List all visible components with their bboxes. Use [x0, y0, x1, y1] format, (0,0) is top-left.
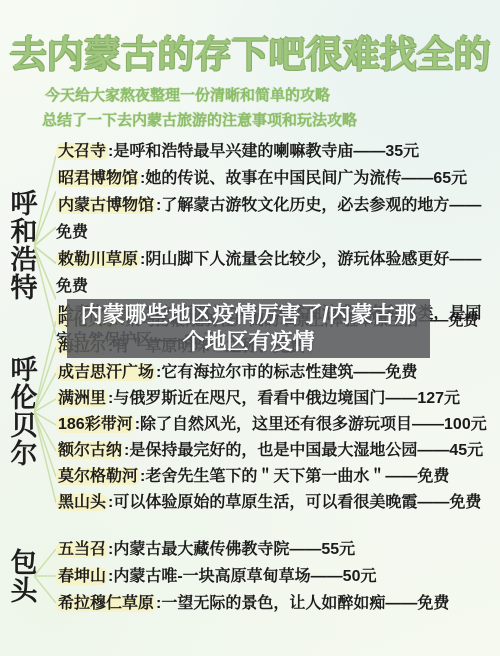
- connector-lines-icon: [34, 308, 56, 516]
- attraction-row: 满洲里:与俄罗斯近在咫尺，看看中俄边境国门——127元: [56, 386, 496, 412]
- attraction-desc: :与俄罗斯近在咫尺，看看中俄边境国门——127元: [108, 390, 460, 407]
- attraction-row: 内蒙古博物馆:了解蒙古游牧文化历史，必去参观的地方——免费: [56, 192, 496, 246]
- attraction-desc: :她的传说、故事在中国民间广为流传——65元: [140, 170, 467, 187]
- subtitle-line-2: 总结了一下去内蒙古旅游的注意事项和玩法攻略: [42, 109, 357, 130]
- attraction-desc: :老舍先生笔下的＂天下第一曲水＂——免费: [140, 468, 449, 485]
- attraction-name: 莫尔格勒河: [56, 468, 140, 485]
- attraction-desc: :是呼和浩特最早兴建的喇嘛教寺庙——35元: [108, 143, 419, 160]
- attraction-row: 希拉穆仁草原:一望无际的景色，让人如醉如痴——免费: [56, 590, 496, 617]
- attraction-row: 黑山头:可以体验原始的草原生活，可以看很美晚霞——免费: [56, 490, 496, 516]
- attraction-name: 黑山头: [56, 494, 108, 511]
- attraction-row: 敕勒川草原:阴山脚下人流量会比较少，游玩体验感更好——免费: [56, 246, 496, 300]
- attraction-name: 成吉思汗广场: [56, 364, 156, 381]
- attraction-name: 五当召: [56, 541, 108, 558]
- attraction-row: 昭君博物馆:她的传说、故事在中国民间广为流传——65元: [56, 165, 496, 192]
- section-baotou: 包头 五当召:内蒙古最大藏传佛教寺院——55元 春坤山:内蒙古唯-一块高原草甸草…: [0, 536, 500, 617]
- attraction-name: 春坤山: [56, 568, 108, 585]
- connector-lines-icon: [34, 536, 56, 617]
- attraction-desc: :一望无际的景色，让人如醉如痴——免费: [156, 595, 449, 612]
- attraction-row: 莫尔格勒河:老舍先生笔下的＂天下第一曲水＂——免费: [56, 464, 496, 490]
- attraction-desc: :它有海拉尔市的标志性建筑——免费: [156, 364, 417, 381]
- caption-overlay: 内蒙哪些地区疫情厉害了/内蒙古那 个地区有疫情: [67, 299, 430, 358]
- attraction-name: 额尔古纳: [56, 442, 124, 459]
- attraction-name: 大召寺: [56, 143, 108, 160]
- attraction-desc: :内蒙古唯-一块高原草甸草场——50元: [108, 568, 376, 585]
- attraction-name: 昭君博物馆: [56, 170, 140, 187]
- attraction-name: 内蒙古博物馆: [56, 197, 156, 214]
- attraction-desc: :除了自然风光，这里还有很多游玩项目——100元: [135, 416, 487, 433]
- caption-line-1: 内蒙哪些地区疫情厉害了/内蒙古那: [67, 301, 430, 328]
- attraction-row: 186彩带河:除了自然风光，这里还有很多游玩项目——100元: [56, 412, 496, 438]
- attraction-row: 大召寺:是呼和浩特最早兴建的喇嘛教寺庙——35元: [56, 138, 496, 165]
- attraction-desc: :可以体验原始的草原生活，可以看很美晚霞——免费: [108, 494, 481, 511]
- attraction-row: 五当召:内蒙古最大藏传佛教寺院——55元: [56, 536, 496, 563]
- attraction-list: 五当召:内蒙古最大藏传佛教寺院——55元 春坤山:内蒙古唯-一块高原草甸草场——…: [48, 536, 500, 617]
- attraction-name: 满洲里: [56, 390, 108, 407]
- attraction-row: 春坤山:内蒙古唯-一块高原草甸草场——50元: [56, 563, 496, 590]
- attraction-name: 186彩带河: [56, 416, 135, 433]
- subtitle-line-1: 今天给大家熬夜整理一份清晰和简单的攻略: [45, 84, 330, 105]
- caption-line-2: 个地区有疫情: [67, 328, 430, 355]
- attraction-desc: :内蒙古最大藏传佛教寺院——55元: [108, 541, 355, 558]
- attraction-desc: :是保持最完好的，也是中国最大湿地公园——45元: [124, 442, 483, 459]
- attraction-row: 成吉思汗广场:它有海拉尔市的标志性建筑——免费: [56, 360, 496, 386]
- attraction-row: 额尔古纳:是保持最完好的，也是中国最大湿地公园——45元: [56, 438, 496, 464]
- infographic-canvas: 去内蒙古的存下吧很难找全的 今天给大家熬夜整理一份清晰和简单的攻略 总结了一下去…: [0, 0, 500, 656]
- page-title: 去内蒙古的存下吧很难找全的: [0, 24, 500, 78]
- attraction-name: 敕勒川草原: [56, 251, 140, 268]
- attraction-name: 希拉穆仁草原: [56, 595, 156, 612]
